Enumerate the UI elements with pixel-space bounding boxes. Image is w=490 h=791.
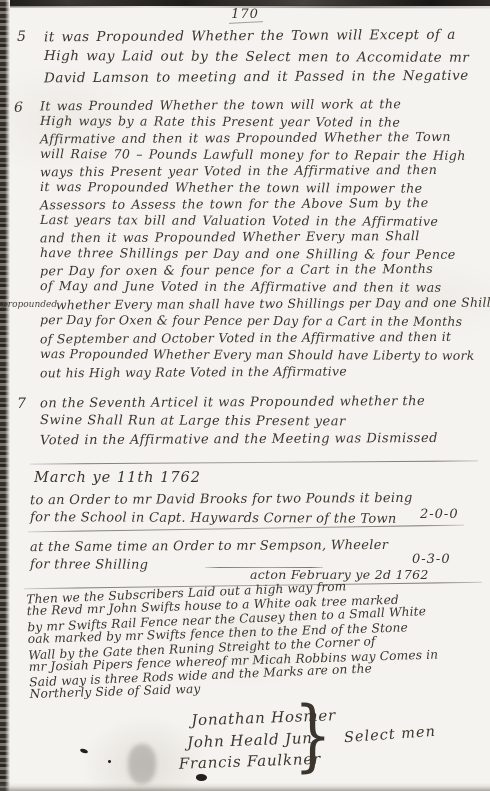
manuscript-line: Affirmative and then it was Propounded W… xyxy=(40,129,484,148)
ink-speck xyxy=(196,774,207,781)
manuscript-line: per Day for oxen & four pence for a Cart… xyxy=(40,261,484,280)
signature-role-label: Select men xyxy=(344,724,437,746)
ink-speck xyxy=(80,748,89,754)
highway-layout-record: Then we the Subscribers Laid out a high … xyxy=(26,576,482,703)
manuscript-line: it was Propounded Whether the Town will … xyxy=(44,25,482,48)
page-number: 170 xyxy=(0,7,490,22)
article-7-text: on the Seventh Articel it was Propounded… xyxy=(40,394,482,450)
manuscript-line: Voted in the Affirmative and the Meeting… xyxy=(40,430,482,451)
scan-edge-bottom xyxy=(0,783,490,791)
article-number-6: 6 xyxy=(14,100,23,116)
manuscript-line: High way Laid out by the Select men to A… xyxy=(44,46,482,68)
manuscript-page: 170 5 it was Propounded Whether the Town… xyxy=(0,0,490,791)
amount-pounds-shillings-pence: 2-0-0 xyxy=(420,507,459,522)
signature-brace: } xyxy=(294,697,332,775)
payment-order-1: to an Order to mr David Brooks for two P… xyxy=(30,491,430,528)
article-5-text: it was Propounded Whether the Town will … xyxy=(44,26,482,88)
article-number-7: 7 xyxy=(17,396,26,412)
article-number-5: 5 xyxy=(17,29,26,45)
manuscript-line: David Lamson to meeting and it Passed in… xyxy=(44,66,482,89)
manuscript-line: Assessors to Assess the town for the Abo… xyxy=(40,195,484,214)
manuscript-line: ways this Present year Voted in the Affi… xyxy=(40,162,484,181)
manuscript-line: on the Seventh Articel it was Propounded… xyxy=(40,393,482,414)
article-6-text: It was Prounded Whether the town will wo… xyxy=(40,97,484,295)
amount-pounds-shillings-pence: 0-3-0 xyxy=(412,552,451,567)
manuscript-line: Swine Shall Run at Large this Present ye… xyxy=(40,412,482,432)
paper-smudge xyxy=(128,744,156,784)
article-6-continued-text: whether Every man shall have two Shillin… xyxy=(40,295,486,380)
ink-speck xyxy=(108,760,111,763)
manuscript-line: at the Same time an Order to mr Sempson,… xyxy=(30,536,390,557)
manuscript-line: to an Order to mr David Brooks for two P… xyxy=(30,490,430,511)
scan-binding-edge xyxy=(0,0,10,791)
manuscript-line: out his High way Rate Voted in the Affir… xyxy=(40,362,486,382)
date-heading: March ye 11th 1762 xyxy=(34,470,201,486)
section-divider-line xyxy=(30,460,478,464)
manuscript-line: It was Prounded Whether the town will wo… xyxy=(40,96,484,115)
manuscript-line: and then it was Propounded Whether Every… xyxy=(40,228,484,247)
